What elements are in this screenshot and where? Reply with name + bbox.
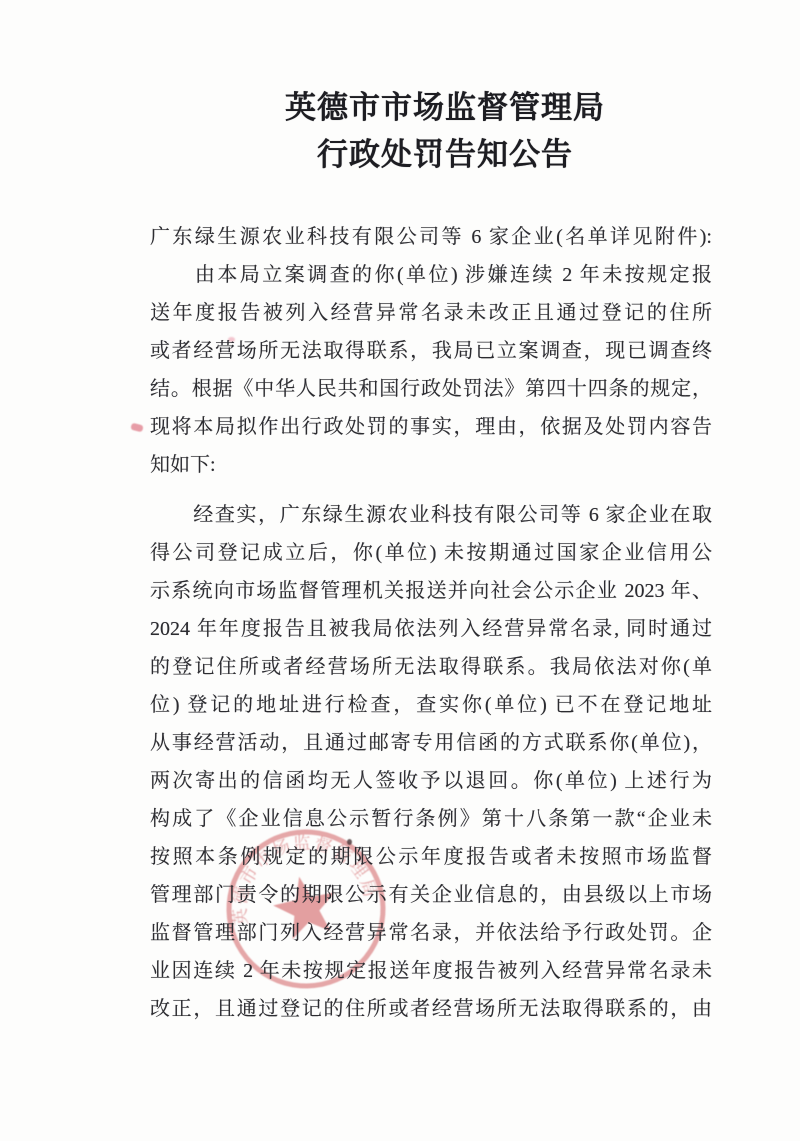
text-line: 监督管理部门列入经营异常名录，并依法给予行政处罚。企 xyxy=(150,914,712,952)
paragraph: 由本局立案调查的你(单位) 涉嫌连续 2 年未按规定报送年度报告被列入经营异常名… xyxy=(150,256,712,484)
paragraph: 广东绿生源农业科技有限公司等 6 家企业(名单详见附件): xyxy=(150,218,712,256)
text-line: 经查实，广东绿生源农业科技有限公司等 6 家企业在取 xyxy=(150,496,712,534)
title-agency-name: 英德市市场监督管理局 xyxy=(164,84,726,131)
paragraph: 经查实，广东绿生源农业科技有限公司等 6 家企业在取得公司登记成立后，你(单位)… xyxy=(150,496,712,1028)
text-line: 知如下: xyxy=(150,446,712,484)
text-line: 2024 年年度报告且被我局依法列入经营异常名录, 同时通过 xyxy=(150,610,712,648)
red-ink-smudge xyxy=(130,423,143,433)
text-line: 的登记住所或者经营场所无法取得联系。我局依法对你(单 xyxy=(150,648,712,686)
text-line: 由本局立案调查的你(单位) 涉嫌连续 2 年未按规定报 xyxy=(150,256,712,294)
document-title: 英德市市场监督管理局 行政处罚告知公告 xyxy=(164,84,726,178)
text-line: 改正，且通过登记的住所或者经营场所无法取得联系的，由 xyxy=(150,990,712,1028)
text-line: 按照本条例规定的期限公示年度报告或者未按照市场监督 xyxy=(150,838,712,876)
text-line: 得公司登记成立后，你(单位) 未按期通过国家企业信用公 xyxy=(150,534,712,572)
text-line: 位) 登记的地址进行检查，查实你(单位) 已不在登记地址 xyxy=(150,686,712,724)
scanned-document-page: 英德市市场监督管理局 英德市市场监督管理局 行政处罚告知公告 广东绿生源农业科技… xyxy=(0,0,800,1141)
text-line: 管理部门责令的期限公示有关企业信息的，由县级以上市场 xyxy=(150,876,712,914)
document-body: 广东绿生源农业科技有限公司等 6 家企业(名单详见附件): 由本局立案调查的你(… xyxy=(150,218,712,1028)
text-line: 示系统向市场监督管理机关报送并向社会公示企业 2023 年、 xyxy=(150,572,712,610)
title-notice-type: 行政处罚告知公告 xyxy=(164,131,726,178)
text-line: 构成了《企业信息公示暂行条例》第十八条第一款“企业未 xyxy=(150,800,712,838)
text-line: 送年度报告被列入经营异常名录未改正且通过登记的住所 xyxy=(150,294,712,332)
text-line: 或者经营场所无法取得联系，我局已立案调查，现已调查终 xyxy=(150,332,712,370)
text-line: 业因连续 2 年未按规定报送年度报告被列入经营异常名录未 xyxy=(150,952,712,990)
text-line: 广东绿生源农业科技有限公司等 6 家企业(名单详见附件): xyxy=(150,218,712,256)
ink-dot-artifact xyxy=(347,839,352,845)
text-line: 结。根据《中华人民共和国行政处罚法》第四十四条的规定， xyxy=(150,370,712,408)
text-line: 从事经营活动，且通过邮寄专用信函的方式联系你(单位)， xyxy=(150,724,712,762)
text-line: 现将本局拟作出行政处罚的事实，理由，依据及处罚内容告 xyxy=(150,408,712,446)
text-line: 两次寄出的信函均无人签收予以退回。你(单位) 上述行为 xyxy=(150,762,712,800)
